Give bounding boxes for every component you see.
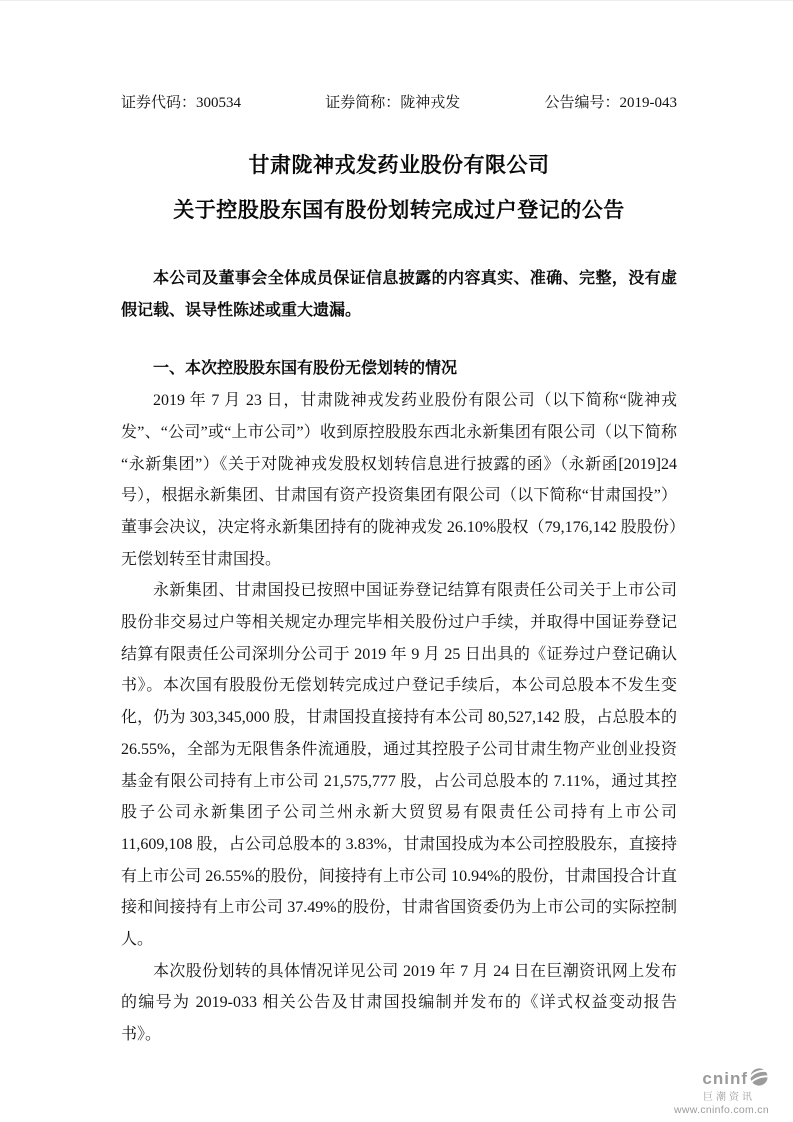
stock-name-label: 证券简称： bbox=[325, 95, 400, 111]
announcement-number: 公告编号：2019-043 bbox=[544, 93, 677, 114]
cninfo-logo-text: cninf bbox=[702, 1070, 748, 1089]
board-assurance-notice: 本公司及董事会全体成员保证信息披露的内容真实、准确、完整，没有虚假记载、误导性陈… bbox=[121, 263, 677, 326]
cninfo-swirl-icon bbox=[749, 1067, 769, 1092]
stock-name: 证券简称：陇神戎发 bbox=[325, 93, 460, 114]
paragraph-registration-detail: 永新集团、甘肃国投已按照中国证券登记结算有限责任公司关于上市公司股份非交易过户等… bbox=[121, 575, 677, 955]
section-heading-1: 一、本次控股股东国有股份无偿划转的情况 bbox=[121, 353, 677, 385]
document-content: 证券代码：300534 证券简称：陇神戎发 公告编号：2019-043 甘肃陇神… bbox=[121, 93, 677, 1051]
cninfo-logo: cninf 巨潮资讯 www.cninfo.com.cn bbox=[674, 1067, 769, 1117]
paragraph-reference-announcements: 本次股份划转的具体情况详见公司 2019 年 7 月 24 日在巨潮资讯网上发布… bbox=[121, 956, 677, 1051]
page-top-divider bbox=[0, 0, 793, 1]
paragraph-transfer-decision: 2019 年 7 月 23 日，甘肃陇神戎发药业股份有限公司（以下简称“陇神戎发… bbox=[121, 385, 677, 575]
stock-name-value: 陇神戎发 bbox=[400, 95, 460, 111]
announcement-title: 关于控股股东国有股份划转完成过户登记的公告 bbox=[121, 197, 677, 225]
company-name-title: 甘肃陇神戎发药业股份有限公司 bbox=[121, 152, 677, 180]
cninfo-logo-row: cninf bbox=[674, 1067, 769, 1092]
stock-code-label: 证券代码： bbox=[121, 95, 196, 111]
cninfo-url: www.cninfo.com.cn bbox=[674, 1105, 769, 1117]
announcement-number-label: 公告编号： bbox=[544, 95, 619, 111]
announcement-number-value: 2019-043 bbox=[620, 95, 678, 111]
cninfo-chinese-name: 巨潮资讯 bbox=[674, 1092, 755, 1103]
stock-code: 证券代码：300534 bbox=[121, 93, 241, 114]
announcement-page: 证券代码：300534 证券简称：陇神戎发 公告编号：2019-043 甘肃陇神… bbox=[0, 0, 793, 1122]
securities-header-row: 证券代码：300534 证券简称：陇神戎发 公告编号：2019-043 bbox=[121, 93, 677, 114]
stock-code-value: 300534 bbox=[196, 95, 241, 111]
